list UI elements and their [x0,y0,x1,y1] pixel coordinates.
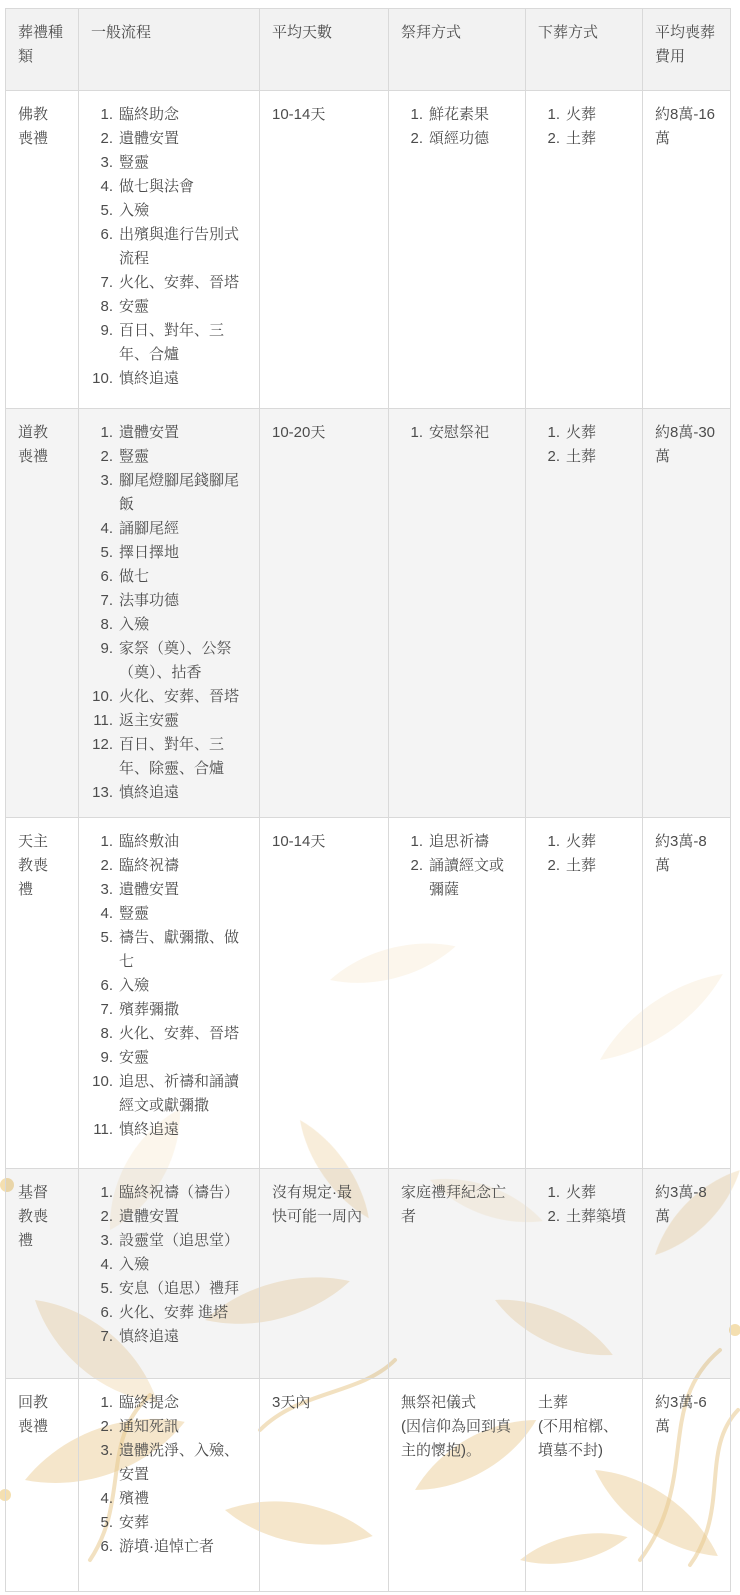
list-item: 3.豎靈 [91,151,247,175]
process-cell: 1.臨終助念2.遺體安置3.豎靈4.做七與法會5.入殮6.出殯與進行告別式流程7… [79,91,260,409]
table-row: 佛教喪禮1.臨終助念2.遺體安置3.豎靈4.做七與法會5.入殮6.出殯與進行告別… [6,91,731,409]
numbered-list: 1.火葬2.土葬 [538,421,630,469]
item-text: 安慰祭祀 [429,421,513,445]
days-text-line: 3天內 [272,1391,376,1415]
list-item: 3.設靈堂（追思堂） [91,1229,247,1253]
item-text: 火葬 [566,421,630,445]
item-number: 2. [91,1205,113,1229]
cost-text-line: 約3萬-8 [655,830,718,854]
days-text-line: 10-20天 [272,421,376,445]
cost-text-line: 萬 [655,1415,718,1439]
days-text-line: 10-14天 [272,830,376,854]
numbered-list: 1.遺體安置2.豎靈3.腳尾燈腳尾錢腳尾飯4.誦腳尾經5.擇日擇地6.做七7.法… [91,421,247,805]
numbered-list: 1.鮮花素果2.頌經功德 [401,103,513,151]
item-text: 安靈 [119,295,247,319]
item-text: 臨終祝禱 [119,854,247,878]
item-number: 1. [91,1391,113,1415]
item-number: 4. [91,175,113,199]
item-text: 百日、對年、三年、除靈、合爐 [119,733,247,781]
item-number: 1. [538,1181,560,1205]
item-text: 臨終祝禱（禱告） [119,1181,247,1205]
plain-text-line: 家庭禮拜紀念亡者 [401,1181,513,1229]
item-number: 7. [91,589,113,613]
item-number: 6. [91,1301,113,1325]
item-number: 7. [91,271,113,295]
list-item: 10.火化、安葬、晉塔 [91,685,247,709]
funeral-type-line: 禮 [18,878,66,902]
item-number: 1. [538,103,560,127]
list-item: 11.慎終追遠 [91,1118,247,1142]
item-text: 擇日擇地 [119,541,247,565]
list-item: 1.臨終提念 [91,1391,247,1415]
item-number: 11. [91,1118,113,1142]
list-item: 1.火葬 [538,1181,630,1205]
process-cell: 1.遺體安置2.豎靈3.腳尾燈腳尾錢腳尾飯4.誦腳尾經5.擇日擇地6.做七7.法… [79,409,260,818]
item-number: 4. [91,1487,113,1511]
list-item: 2.通知死訊 [91,1415,247,1439]
funeral-type-line: 天主 [18,830,66,854]
item-text: 遺體安置 [119,878,247,902]
funeral-type-line: 禮 [18,1229,66,1253]
column-header: 平均喪葬費用 [643,9,731,91]
item-number: 10. [91,367,113,391]
item-text: 追思、祈禱和誦讀經文或獻彌撒 [119,1070,247,1118]
funeral-type-line: 喪禮 [18,445,66,469]
funeral-type-cell: 道教喪禮 [6,409,79,818]
list-item: 6.入殮 [91,974,247,998]
item-number: 13. [91,781,113,805]
funeral-type-line: 回教 [18,1391,66,1415]
table-row: 回教喪禮1.臨終提念2.通知死訊3.遺體洗淨、入殮、安置4.殯禮5.安葬6.游墳… [6,1379,731,1592]
item-number: 5. [91,1277,113,1301]
item-text: 殯禮 [119,1487,247,1511]
list-item: 8.安靈 [91,295,247,319]
funeral-type-cell: 天主教喪禮 [6,818,79,1169]
item-text: 火化、安葬、晉塔 [119,1022,247,1046]
column-header: 一般流程 [79,9,260,91]
list-item: 9.家祭（奠）、公祭（奠）、拈香 [91,637,247,685]
list-item: 13.慎終追遠 [91,781,247,805]
item-text: 鮮花素果 [429,103,513,127]
item-number: 5. [91,541,113,565]
burial-cell: 1.火葬2.土葬 [526,91,643,409]
item-text: 火化、安葬、晉塔 [119,271,247,295]
cost-cell: 約3萬-8萬 [643,818,731,1169]
list-item: 2.土葬 [538,127,630,151]
list-item: 5.安葬 [91,1511,247,1535]
burial-cell: 1.火葬2.土葬築墳 [526,1169,643,1379]
item-number: 4. [91,1253,113,1277]
item-number: 9. [91,1046,113,1070]
list-item: 5.禱告、獻彌撒、做七 [91,926,247,974]
list-item: 4.誦腳尾經 [91,517,247,541]
numbered-list: 1.臨終提念2.通知死訊3.遺體洗淨、入殮、安置4.殯禮5.安葬6.游墳·追悼亡… [91,1391,247,1559]
item-number: 5. [91,199,113,223]
cost-text-line: 萬 [655,445,718,469]
item-text: 豎靈 [119,445,247,469]
funeral-type-cell: 佛教喪禮 [6,91,79,409]
item-number: 2. [538,127,560,151]
item-text: 土葬 [566,854,630,878]
cost-text-line: 萬 [655,1205,718,1229]
list-item: 1.臨終助念 [91,103,247,127]
numbered-list: 1.追思祈禱2.誦讀經文或彌薩 [401,830,513,902]
numbered-list: 1.臨終敷油2.臨終祝禱3.遺體安置4.豎靈5.禱告、獻彌撒、做七6.入殮7.殯… [91,830,247,1142]
list-item: 4.豎靈 [91,902,247,926]
plain-text-line: 無祭祀儀式 [401,1391,513,1415]
list-item: 7.火化、安葬、晉塔 [91,271,247,295]
cost-text-line: 約3萬-8 [655,1181,718,1205]
item-text: 臨終提念 [119,1391,247,1415]
list-item: 3.遺體洗淨、入殮、安置 [91,1439,247,1487]
funeral-type-line: 基督 [18,1181,66,1205]
list-item: 5.入殮 [91,199,247,223]
days-text-line: 快可能一周內 [272,1205,376,1229]
item-text: 火化、安葬、晉塔 [119,685,247,709]
list-item: 4.殯禮 [91,1487,247,1511]
table-row: 天主教喪禮1.臨終敷油2.臨終祝禱3.遺體安置4.豎靈5.禱告、獻彌撒、做七6.… [6,818,731,1169]
item-number: 2. [538,1205,560,1229]
item-text: 豎靈 [119,151,247,175]
item-number: 8. [91,1022,113,1046]
days-text-line: 10-14天 [272,103,376,127]
list-item: 9.百日、對年、三年、合爐 [91,319,247,367]
plain-text-line: (因信仰為回到真主的懷抱)。 [401,1415,513,1463]
list-item: 1.火葬 [538,830,630,854]
item-text: 土葬 [566,445,630,469]
item-text: 土葬 [566,127,630,151]
list-item: 6.游墳·追悼亡者 [91,1535,247,1559]
list-item: 1.鮮花素果 [401,103,513,127]
item-text: 土葬築墳 [566,1205,630,1229]
list-item: 2.頌經功德 [401,127,513,151]
item-number: 1. [91,1181,113,1205]
worship-cell: 1.追思祈禱2.誦讀經文或彌薩 [389,818,526,1169]
list-item: 5.擇日擇地 [91,541,247,565]
item-number: 3. [91,878,113,902]
cost-text-line: 萬 [655,854,718,878]
item-text: 游墳·追悼亡者 [119,1535,247,1559]
item-text: 誦腳尾經 [119,517,247,541]
plain-text-line: (不用棺槨、墳墓不封) [538,1415,630,1463]
item-text: 返主安靈 [119,709,247,733]
worship-cell: 1.安慰祭祀 [389,409,526,818]
item-number: 3. [91,1439,113,1487]
list-item: 9.安靈 [91,1046,247,1070]
numbered-list: 1.臨終祝禱（禱告）2.遺體安置3.設靈堂（追思堂）4.入殮5.安息（追思）禮拜… [91,1181,247,1349]
item-number: 1. [401,421,423,445]
item-text: 入殮 [119,1253,247,1277]
cost-cell: 約8萬-16萬 [643,91,731,409]
item-number: 2. [401,127,423,151]
item-text: 誦讀經文或彌薩 [429,854,513,902]
list-item: 4.入殮 [91,1253,247,1277]
item-text: 遺體洗淨、入殮、安置 [119,1439,247,1487]
list-item: 1.臨終敷油 [91,830,247,854]
process-cell: 1.臨終敷油2.臨終祝禱3.遺體安置4.豎靈5.禱告、獻彌撒、做七6.入殮7.殯… [79,818,260,1169]
process-cell: 1.臨終祝禱（禱告）2.遺體安置3.設靈堂（追思堂）4.入殮5.安息（追思）禮拜… [79,1169,260,1379]
list-item: 5.安息（追思）禮拜 [91,1277,247,1301]
list-item: 11.返主安靈 [91,709,247,733]
item-text: 做七 [119,565,247,589]
item-number: 5. [91,1511,113,1535]
item-text: 入殮 [119,199,247,223]
item-text: 入殮 [119,613,247,637]
item-number: 1. [538,421,560,445]
list-item: 1.遺體安置 [91,421,247,445]
list-item: 2.遺體安置 [91,127,247,151]
list-item: 8.火化、安葬、晉塔 [91,1022,247,1046]
item-text: 安靈 [119,1046,247,1070]
item-text: 遺體安置 [119,127,247,151]
item-text: 火葬 [566,1181,630,1205]
item-text: 頌經功德 [429,127,513,151]
item-number: 1. [401,103,423,127]
table-row: 基督教喪禮1.臨終祝禱（禱告）2.遺體安置3.設靈堂（追思堂）4.入殮5.安息（… [6,1169,731,1379]
list-item: 3.遺體安置 [91,878,247,902]
list-item: 2.土葬築墳 [538,1205,630,1229]
list-item: 1.火葬 [538,103,630,127]
list-item: 7.慎終追遠 [91,1325,247,1349]
item-number: 10. [91,685,113,709]
list-item: 2.誦讀經文或彌薩 [401,854,513,902]
list-item: 2.土葬 [538,445,630,469]
list-item: 8.入殮 [91,613,247,637]
item-number: 2. [91,854,113,878]
item-text: 腳尾燈腳尾錢腳尾飯 [119,469,247,517]
item-number: 12. [91,733,113,781]
item-number: 7. [91,998,113,1022]
item-text: 臨終敷油 [119,830,247,854]
item-text: 殯葬彌撒 [119,998,247,1022]
item-number: 6. [91,974,113,998]
column-header: 祭拜方式 [389,9,526,91]
item-number: 2. [91,1415,113,1439]
days-cell: 3天內 [260,1379,389,1592]
item-text: 安息（追思）禮拜 [119,1277,247,1301]
item-number: 1. [538,830,560,854]
column-header: 下葬方式 [526,9,643,91]
funeral-type-line: 喪禮 [18,127,66,151]
item-text: 慎終追遠 [119,1118,247,1142]
item-text: 臨終助念 [119,103,247,127]
item-text: 家祭（奠）、公祭（奠）、拈香 [119,637,247,685]
item-number: 11. [91,709,113,733]
worship-cell: 無祭祀儀式(因信仰為回到真主的懷抱)。 [389,1379,526,1592]
burial-cell: 1.火葬2.土葬 [526,818,643,1169]
item-number: 1. [401,830,423,854]
item-number: 2. [538,854,560,878]
burial-cell: 1.火葬2.土葬 [526,409,643,818]
days-cell: 10-20天 [260,409,389,818]
item-text: 做七與法會 [119,175,247,199]
days-text-line: 沒有規定·最 [272,1181,376,1205]
cost-text-line: 約8萬-16 [655,103,718,127]
column-header: 葬禮種類 [6,9,79,91]
list-item: 7.法事功德 [91,589,247,613]
plain-text-line: 土葬 [538,1391,630,1415]
item-number: 9. [91,319,113,367]
item-number: 3. [91,469,113,517]
numbered-list: 1.安慰祭祀 [401,421,513,445]
item-text: 追思祈禱 [429,830,513,854]
item-number: 2. [91,445,113,469]
list-item: 10.慎終追遠 [91,367,247,391]
burial-cell: 土葬(不用棺槨、墳墓不封) [526,1379,643,1592]
list-item: 1.臨終祝禱（禱告） [91,1181,247,1205]
item-number: 8. [91,295,113,319]
funeral-type-line: 佛教 [18,103,66,127]
item-text: 慎終追遠 [119,367,247,391]
item-text: 火化、安葬 進塔 [119,1301,247,1325]
list-item: 1.火葬 [538,421,630,445]
item-number: 2. [91,127,113,151]
list-item: 1.追思祈禱 [401,830,513,854]
item-number: 10. [91,1070,113,1118]
item-text: 火葬 [566,103,630,127]
list-item: 6.出殯與進行告別式流程 [91,223,247,271]
item-text: 遺體安置 [119,1205,247,1229]
item-number: 4. [91,902,113,926]
item-number: 3. [91,151,113,175]
worship-cell: 1.鮮花素果2.頌經功德 [389,91,526,409]
funeral-type-line: 道教 [18,421,66,445]
cost-text-line: 約3萬-6 [655,1391,718,1415]
numbered-list: 1.臨終助念2.遺體安置3.豎靈4.做七與法會5.入殮6.出殯與進行告別式流程7… [91,103,247,391]
item-number: 1. [91,830,113,854]
item-number: 1. [91,421,113,445]
funeral-type-line: 教喪 [18,854,66,878]
cost-text-line: 約8萬-30 [655,421,718,445]
funeral-comparison-table: 葬禮種類一般流程平均天數祭拜方式下葬方式平均喪葬費用 佛教喪禮1.臨終助念2.遺… [5,8,731,1592]
item-text: 慎終追遠 [119,781,247,805]
list-item: 4.做七與法會 [91,175,247,199]
item-number: 2. [538,445,560,469]
list-item: 2.遺體安置 [91,1205,247,1229]
list-item: 2.臨終祝禱 [91,854,247,878]
list-item: 7.殯葬彌撒 [91,998,247,1022]
item-number: 6. [91,1535,113,1559]
process-cell: 1.臨終提念2.通知死訊3.遺體洗淨、入殮、安置4.殯禮5.安葬6.游墳·追悼亡… [79,1379,260,1592]
item-number: 7. [91,1325,113,1349]
numbered-list: 1.火葬2.土葬 [538,103,630,151]
item-text: 百日、對年、三年、合爐 [119,319,247,367]
item-number: 6. [91,565,113,589]
item-number: 8. [91,613,113,637]
header-row: 葬禮種類一般流程平均天數祭拜方式下葬方式平均喪葬費用 [6,9,731,91]
cost-cell: 約3萬-6萬 [643,1379,731,1592]
item-number: 5. [91,926,113,974]
item-text: 遺體安置 [119,421,247,445]
list-item: 12.百日、對年、三年、除靈、合爐 [91,733,247,781]
item-number: 2. [401,854,423,902]
item-text: 通知死訊 [119,1415,247,1439]
cost-text-line: 萬 [655,127,718,151]
table-row: 道教喪禮1.遺體安置2.豎靈3.腳尾燈腳尾錢腳尾飯4.誦腳尾經5.擇日擇地6.做… [6,409,731,818]
funeral-type-cell: 基督教喪禮 [6,1169,79,1379]
item-text: 安葬 [119,1511,247,1535]
list-item: 10.追思、祈禱和誦讀經文或獻彌撒 [91,1070,247,1118]
funeral-type-cell: 回教喪禮 [6,1379,79,1592]
table-body: 佛教喪禮1.臨終助念2.遺體安置3.豎靈4.做七與法會5.入殮6.出殯與進行告別… [6,91,731,1592]
days-cell: 10-14天 [260,91,389,409]
item-text: 火葬 [566,830,630,854]
item-number: 3. [91,1229,113,1253]
list-item: 3.腳尾燈腳尾錢腳尾飯 [91,469,247,517]
numbered-list: 1.火葬2.土葬築墳 [538,1181,630,1229]
item-number: 9. [91,637,113,685]
item-number: 4. [91,517,113,541]
item-number: 6. [91,223,113,271]
item-text: 設靈堂（追思堂） [119,1229,247,1253]
worship-cell: 家庭禮拜紀念亡者 [389,1169,526,1379]
item-text: 慎終追遠 [119,1325,247,1349]
list-item: 6.火化、安葬 進塔 [91,1301,247,1325]
list-item: 6.做七 [91,565,247,589]
cost-cell: 約8萬-30萬 [643,409,731,818]
item-text: 禱告、獻彌撒、做七 [119,926,247,974]
list-item: 2.豎靈 [91,445,247,469]
list-item: 2.土葬 [538,854,630,878]
item-text: 豎靈 [119,902,247,926]
list-item: 1.安慰祭祀 [401,421,513,445]
column-header: 平均天數 [260,9,389,91]
funeral-type-line: 喪禮 [18,1415,66,1439]
cost-cell: 約3萬-8萬 [643,1169,731,1379]
item-text: 出殯與進行告別式流程 [119,223,247,271]
days-cell: 沒有規定·最快可能一周內 [260,1169,389,1379]
numbered-list: 1.火葬2.土葬 [538,830,630,878]
item-text: 法事功德 [119,589,247,613]
item-text: 入殮 [119,974,247,998]
funeral-type-line: 教喪 [18,1205,66,1229]
item-number: 1. [91,103,113,127]
days-cell: 10-14天 [260,818,389,1169]
